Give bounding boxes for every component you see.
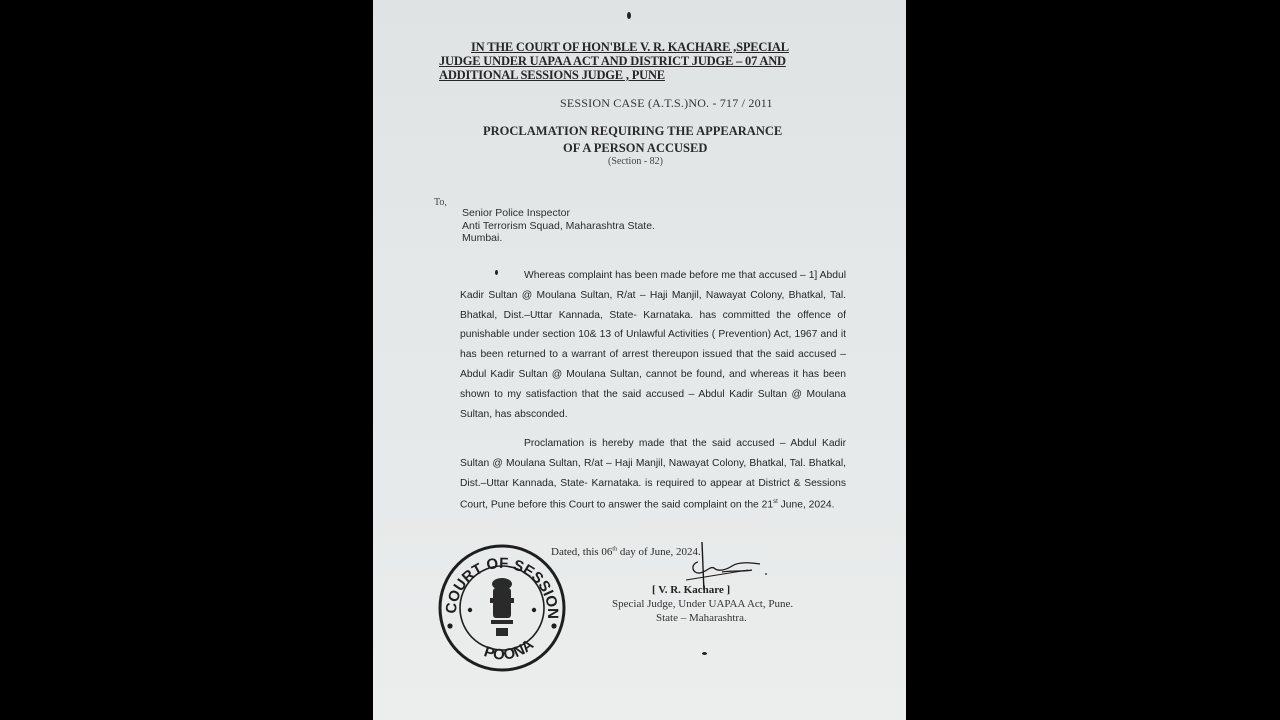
paragraph-proclamation-end: June, 2024. [778, 500, 835, 511]
ashoka-emblem-icon [490, 578, 514, 636]
court-seal-stamp: COURT OF SESSIONS POONA [436, 542, 568, 674]
judge-signature [678, 540, 768, 590]
section-reference: (Section - 82) [608, 156, 663, 167]
addressee-line: Anti Terrorism Squad, Maharashtra State. [462, 220, 655, 233]
court-heading-line-2: JUDGE UNDER UAPAA ACT AND DISTRICT JUDGE… [439, 54, 829, 68]
ink-speck [627, 12, 631, 19]
proclamation-document: IN THE COURT OF HON'BLE V. R. KACHARE ,S… [373, 0, 906, 720]
paragraph-proclamation: Proclamation is hereby made that the sai… [460, 434, 846, 516]
addressee-line: Senior Police Inspector [462, 207, 655, 220]
signatory-title: Special Judge, Under UAPAA Act, Pune. [612, 598, 793, 610]
court-heading: IN THE COURT OF HON'BLE V. R. KACHARE ,S… [439, 40, 829, 82]
stamp-bottom-text: POONA [482, 636, 537, 664]
court-heading-line-3: ADDITIONAL SESSIONS JUDGE , PUNE [439, 68, 829, 82]
ink-speck [702, 652, 707, 655]
addressee-block: Senior Police Inspector Anti Terrorism S… [462, 207, 655, 245]
document-title-line-2: OF A PERSON ACCUSED [563, 141, 707, 156]
to-label: To, [434, 197, 447, 208]
court-heading-line-1: IN THE COURT OF HON'BLE V. R. KACHARE ,S… [439, 40, 829, 54]
addressee-line: Mumbai. [462, 232, 655, 245]
case-number: SESSION CASE (A.T.S.)NO. - 717 / 2011 [560, 96, 773, 111]
document-title-line-1: PROCLAMATION REQUIRING THE APPEARANCE [483, 124, 782, 139]
paragraph-whereas: Whereas complaint has been made before m… [460, 266, 846, 424]
signatory-name: [ V. R. Kachare ] [652, 584, 730, 596]
paragraph-whereas-text: Whereas complaint has been made before m… [460, 270, 846, 420]
signatory-state: State – Maharashtra. [656, 612, 747, 624]
